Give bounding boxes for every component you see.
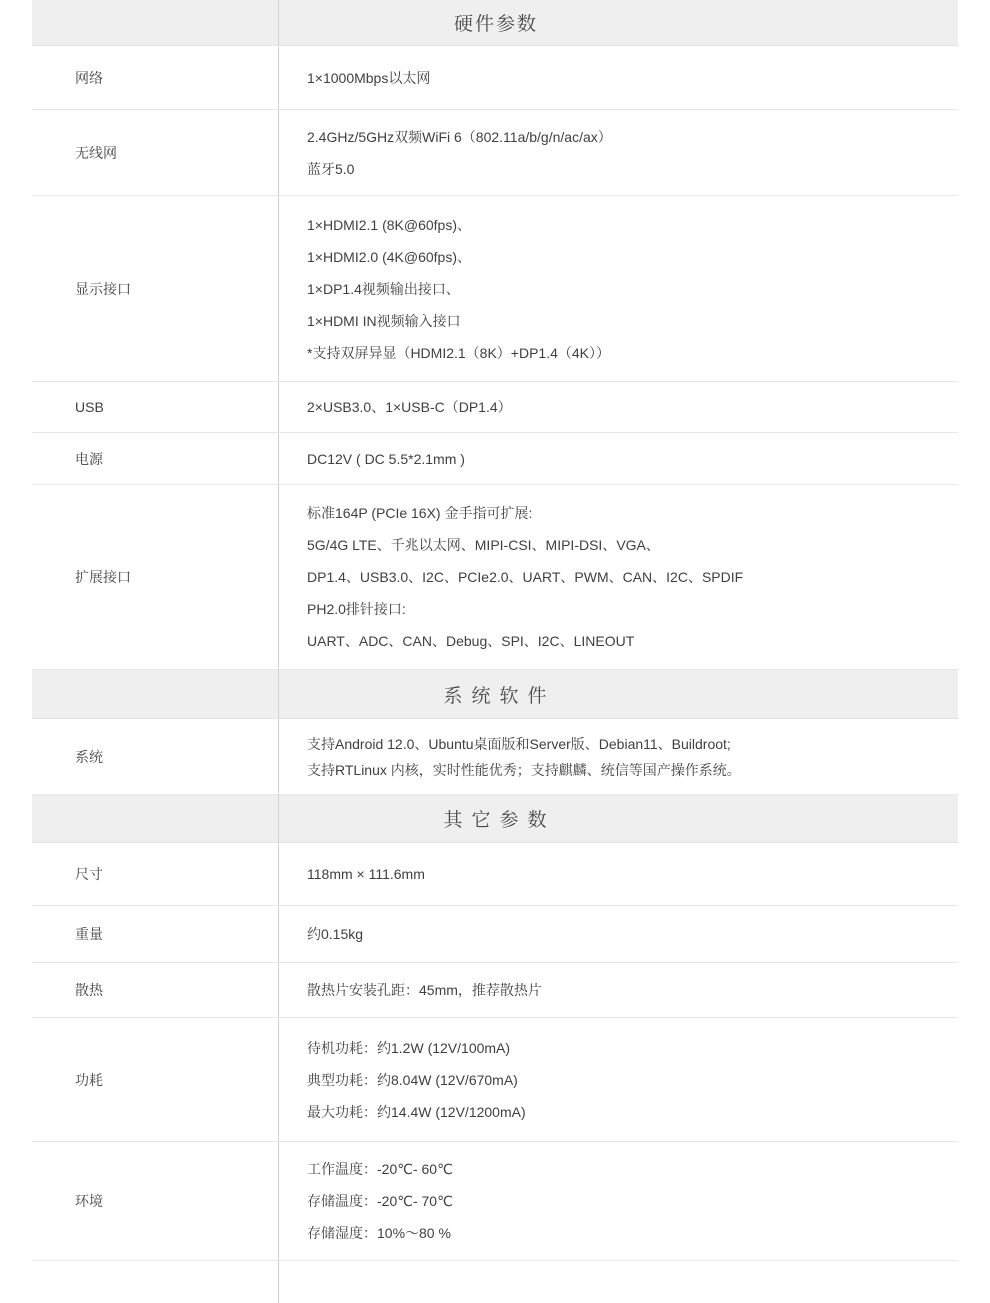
spec-value-line: 1×1000Mbps以太网 (307, 62, 958, 94)
spec-value: 1×HDMI2.1 (8K@60fps)、 1×HDMI2.0 (4K@60fp… (279, 209, 958, 369)
spec-value-line: 蓝牙5.0 (307, 153, 958, 185)
column-divider (278, 485, 279, 669)
column-divider (278, 795, 279, 842)
spec-table: 硬件参数 网络 1×1000Mbps以太网 无线网 2.4GHz/5GHz双频W… (32, 0, 958, 1303)
spec-value: DC12V ( DC 5.5*2.1mm ) (279, 443, 958, 475)
spec-value: 2.4GHz/5GHz双频WiFi 6（802.11a/b/g/n/ac/ax）… (279, 121, 958, 185)
spec-value-line: *支持双屏异显（HDMI2.1（8K）+DP1.4（4K）） (307, 337, 958, 369)
spec-value-line: DC12V ( DC 5.5*2.1mm ) (307, 443, 958, 475)
column-divider (278, 906, 279, 962)
spec-row-usb: USB 2×USB3.0、1×USB-C（DP1.4） (32, 382, 958, 433)
spec-value-line: 1×HDMI IN视频输入接口 (307, 305, 958, 337)
column-divider (278, 433, 279, 484)
spec-row-power: 电源 DC12V ( DC 5.5*2.1mm ) (32, 433, 958, 485)
spec-label: 尺寸 (32, 864, 279, 884)
spec-value: 约0.15kg (279, 918, 958, 950)
spec-label: 系统 (32, 747, 279, 767)
spec-label: 环境 (32, 1191, 279, 1211)
spec-value-line: 工作温度：-20℃- 60℃ (307, 1153, 958, 1185)
column-divider (278, 1018, 279, 1141)
spec-value-line: 1×HDMI2.1 (8K@60fps)、 (307, 209, 958, 241)
spec-value: 1×1000Mbps以太网 (279, 62, 958, 94)
spec-row-cooling: 散热 散热片安装孔距：45mm，推荐散热片 (32, 963, 958, 1018)
column-divider (278, 843, 279, 905)
spec-value-line: 标准164P (PCIe 16X) 金手指可扩展: (307, 497, 958, 529)
spec-row-dimensions: 尺寸 118mm × 111.6mm (32, 843, 958, 906)
spec-row-weight: 重量 约0.15kg (32, 906, 958, 963)
spec-value-line: 支持RTLinux 内核，实时性能优秀；支持麒麟、统信等国产操作系统。 (307, 757, 958, 783)
spec-label: 网络 (32, 68, 279, 88)
column-divider (278, 963, 279, 1017)
column-divider (278, 382, 279, 432)
spec-value: 支持Android 12.0、Ubuntu桌面版和Server版、Debian1… (279, 731, 958, 783)
spec-value: 散热片安装孔距：45mm，推荐散热片 (279, 974, 958, 1006)
spec-row-display: 显示接口 1×HDMI2.1 (8K@60fps)、 1×HDMI2.0 (4K… (32, 196, 958, 382)
column-divider (278, 1261, 279, 1303)
spec-value-line: 1×HDMI2.0 (4K@60fps)、 (307, 241, 958, 273)
spec-value: 2×USB3.0、1×USB-C（DP1.4） (279, 391, 958, 423)
spec-label: 扩展接口 (32, 567, 279, 587)
column-divider (278, 196, 279, 381)
section-header-other: 其它参数 (32, 795, 958, 843)
product-spec-page: 硬件参数 网络 1×1000Mbps以太网 无线网 2.4GHz/5GHz双频W… (0, 0, 990, 1303)
spec-value-line: 5G/4G LTE、千兆以太网、MIPI-CSI、MIPI-DSI、VGA、 (307, 529, 958, 561)
spec-value-line: 约0.15kg (307, 918, 958, 950)
empty-row (32, 1261, 958, 1303)
spec-value-line: 存储湿度：10%～80 % (307, 1217, 958, 1249)
spec-value: 待机功耗：约1.2W (12V/100mA) 典型功耗：约8.04W (12V/… (279, 1032, 958, 1128)
spec-value-line: 118mm × 111.6mm (307, 858, 958, 890)
column-divider (278, 1142, 279, 1260)
spec-value: 118mm × 111.6mm (279, 858, 958, 890)
section-title: 其它参数 (434, 805, 555, 832)
spec-label: 无线网 (32, 143, 279, 163)
spec-row-expansion: 扩展接口 标准164P (PCIe 16X) 金手指可扩展: 5G/4G LTE… (32, 485, 958, 670)
spec-label: 功耗 (32, 1070, 279, 1090)
column-divider (278, 0, 279, 45)
spec-label: 显示接口 (32, 279, 279, 299)
spec-value: 工作温度：-20℃- 60℃ 存储温度：-20℃- 70℃ 存储湿度：10%～8… (279, 1153, 958, 1249)
spec-value-line: 最大功耗：约14.4W (12V/1200mA) (307, 1096, 958, 1128)
spec-row-consumption: 功耗 待机功耗：约1.2W (12V/100mA) 典型功耗：约8.04W (1… (32, 1018, 958, 1142)
spec-value-line: 典型功耗：约8.04W (12V/670mA) (307, 1064, 958, 1096)
spec-label: USB (32, 399, 279, 415)
column-divider (278, 46, 279, 109)
spec-value-line: DP1.4、USB3.0、I2C、PCIe2.0、UART、PWM、CAN、I2… (307, 561, 958, 593)
spec-value-line: PH2.0排针接口: (307, 593, 958, 625)
spec-value-line: 支持Android 12.0、Ubuntu桌面版和Server版、Debian1… (307, 731, 958, 757)
column-divider (278, 670, 279, 718)
spec-value-line: 待机功耗：约1.2W (12V/100mA) (307, 1032, 958, 1064)
section-header-software: 系统软件 (32, 670, 958, 719)
spec-label: 电源 (32, 449, 279, 469)
column-divider (278, 110, 279, 195)
section-title: 系统软件 (434, 681, 555, 708)
spec-value-line: 1×DP1.4视频输出接口、 (307, 273, 958, 305)
spec-row-os: 系统 支持Android 12.0、Ubuntu桌面版和Server版、Debi… (32, 719, 958, 795)
spec-value-line: 存储温度：-20℃- 70℃ (307, 1185, 958, 1217)
spec-value-line: UART、ADC、CAN、Debug、SPI、I2C、LINEOUT (307, 625, 958, 657)
section-title: 硬件参数 (452, 9, 538, 36)
spec-value-line: 2.4GHz/5GHz双频WiFi 6（802.11a/b/g/n/ac/ax） (307, 121, 958, 153)
spec-label: 重量 (32, 924, 279, 944)
column-divider (278, 719, 279, 794)
section-header-hardware: 硬件参数 (32, 0, 958, 46)
spec-row-wireless: 无线网 2.4GHz/5GHz双频WiFi 6（802.11a/b/g/n/ac… (32, 110, 958, 196)
spec-value: 标准164P (PCIe 16X) 金手指可扩展: 5G/4G LTE、千兆以太… (279, 497, 958, 657)
spec-label: 散热 (32, 980, 279, 1000)
spec-row-environment: 环境 工作温度：-20℃- 60℃ 存储温度：-20℃- 70℃ 存储湿度：10… (32, 1142, 958, 1261)
spec-value-line: 散热片安装孔距：45mm，推荐散热片 (307, 974, 958, 1006)
spec-value-line: 2×USB3.0、1×USB-C（DP1.4） (307, 391, 958, 423)
spec-row-network: 网络 1×1000Mbps以太网 (32, 46, 958, 110)
